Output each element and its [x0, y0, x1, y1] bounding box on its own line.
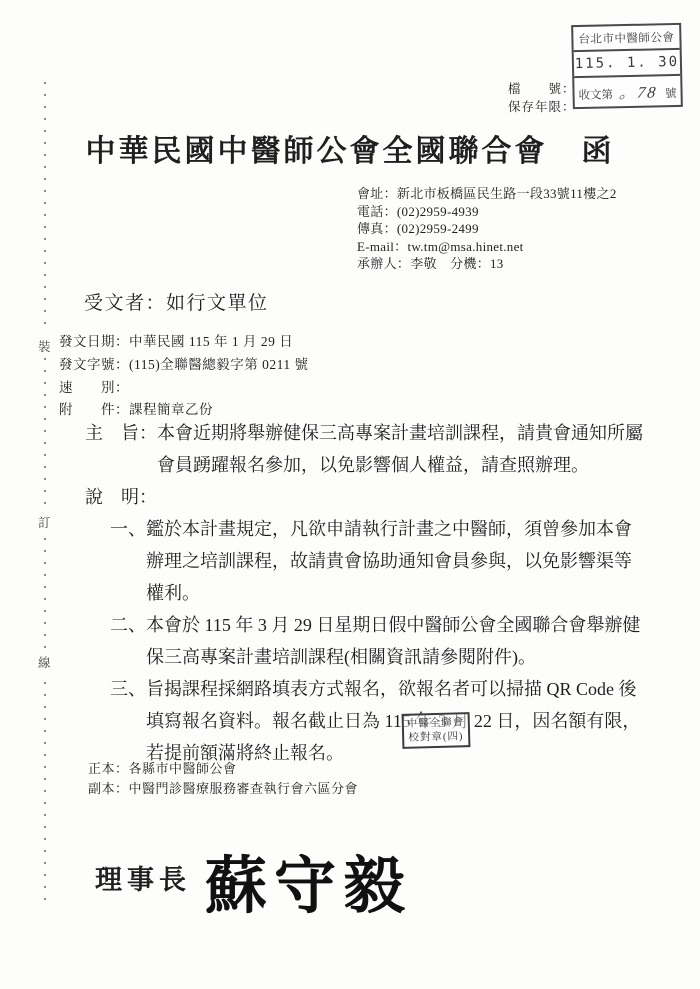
explanation-items: 一、 鑑於本計畫規定，凡欲申請執行計畫之中醫師，須曾參加本會辦理之培訓課程，故請… [110, 513, 660, 769]
issue-number-line: 發文字號：(115)全聯醫總毅字第 0211 號 [59, 354, 309, 377]
item-text: 鑑於本計畫規定，凡欲申請執行計畫之中醫師，須曾參加本會辦理之培訓課程，故請貴會協… [146, 513, 648, 609]
priority-line: 速 別： [59, 377, 309, 400]
explanation-item-1: 一、 鑑於本計畫規定，凡欲申請執行計畫之中醫師，須曾參加本會辦理之培訓課程，故請… [110, 513, 660, 609]
phone-line: 電話：(02)2959-4939 [357, 203, 617, 221]
proof-stamp-line1: 中醫全聯會 [407, 716, 465, 731]
contact-info-block: 會址：新北市板橋區民生路一段33號11樓之2 電話：(02)2959-4939 … [357, 185, 617, 273]
address-line: 會址：新北市板橋區民生路一段33號11樓之2 [357, 185, 617, 203]
explanation-item-3: 三、 旨揭課程採網路填表方式報名，欲報名者可以掃描 QR Code 後填寫報名資… [110, 673, 660, 769]
retention-period-label: 保存年限： [508, 98, 576, 116]
item-number: 一、 [110, 513, 146, 609]
letter-body: 主 旨： 本會近期將舉辦健保三高專案計畫培訓課程，請貴會通知所屬會員踴躍報名參加… [85, 417, 660, 769]
binding-dotted-line [44, 82, 46, 910]
recipient-line: 受文者：如行文單位 [84, 288, 269, 315]
recipient-value: 如行文單位 [166, 293, 269, 314]
stamp-number-handwritten: 。78 [619, 79, 660, 103]
issue-date-line: 發文日期：中華民國 115 年 1 月 29 日 [59, 331, 309, 354]
binding-mark-ding: 訂 [38, 510, 51, 534]
scanned-letter-page: 台北市中醫師公會 115. 1. 30 收文第 。78 號 檔 號： 保存年限：… [0, 0, 700, 989]
signature-block: 理事長 蘇守毅 [95, 836, 412, 925]
email-line: E-mail：tw.tm@msa.hinet.net [357, 238, 617, 256]
chairman-title: 理事長 [95, 858, 191, 903]
subject-label: 主 旨： [85, 417, 157, 481]
original-copy-line: 正本：各縣市中醫師公會 [88, 759, 358, 779]
explanation-section: 說 明： [85, 481, 660, 513]
item-text: 旨揭課程採網路填表方式報名，欲報名者可以掃描 QR Code 後填寫報名資料。報… [146, 673, 648, 769]
stamp-number-prefix: 收文第 [578, 86, 613, 103]
stamp-received-number: 收文第 。78 號 [574, 76, 681, 107]
issuing-organization: 中華民國中醫師公會全國聯合會 [86, 135, 548, 168]
explanation-item-2: 二、 本會於 115 年 3 月 29 日星期日假中醫師公會全國聯合會舉辦健保三… [110, 609, 660, 673]
stamp-number-suffix: 號 [665, 85, 677, 101]
stamp-org-name: 台北市中醫師公會 [573, 25, 680, 52]
explanation-label: 說 明： [85, 481, 157, 513]
item-number: 三、 [110, 673, 146, 769]
copies-block: 正本：各縣市中醫師公會 副本：中醫門診醫療服務審查執行會六區分會 [88, 759, 358, 799]
received-date-stamp: 台北市中醫師公會 115. 1. 30 收文第 。78 號 [571, 23, 683, 109]
proof-stamp-line2: 校對章(四) [407, 730, 465, 745]
item-text: 本會於 115 年 3 月 29 日星期日假中醫師公會全國聯合會舉辦健保三高專案… [146, 609, 648, 673]
binding-mark-zhuang: 裝 [38, 334, 51, 358]
item-number: 二、 [110, 609, 146, 673]
document-meta-block: 發文日期：中華民國 115 年 1 月 29 日 發文字號：(115)全聯醫總毅… [59, 331, 309, 422]
fax-line: 傳真：(02)2959-2499 [357, 220, 617, 238]
chairman-name-signature: 蘇守毅 [205, 836, 412, 925]
subject-text: 本會近期將舉辦健保三高專案計畫培訓課程，請貴會通知所屬會員踴躍報名參加，以免影響… [157, 417, 657, 481]
subject-section: 主 旨： 本會近期將舉辦健保三高專案計畫培訓課程，請貴會通知所屬會員踴躍報名參加… [85, 417, 660, 481]
cc-copy-line: 副本：中醫門診醫療服務審查執行會六區分會 [88, 779, 358, 799]
binding-mark-xian: 線 [38, 650, 51, 674]
recipient-label: 受文者： [84, 293, 166, 314]
contact-person-line: 承辦人：李敬 分機：13 [357, 255, 617, 273]
document-title: 中華民國中醫師公會全國聯合會函 [0, 126, 700, 170]
document-type: 函 [582, 135, 615, 168]
file-number-label: 檔 號： [508, 80, 576, 98]
stamp-received-date: 115. 1. 30 [574, 50, 681, 78]
proofreading-stamp: 中醫全聯會 校對章(四) [402, 712, 470, 749]
archive-number-labels: 檔 號： 保存年限： [508, 80, 576, 116]
